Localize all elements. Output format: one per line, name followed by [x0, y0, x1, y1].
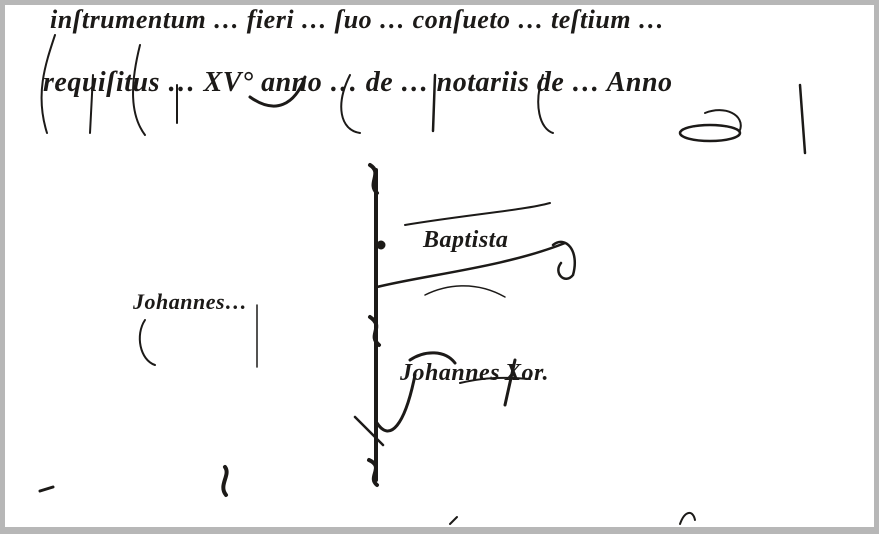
text-line-2: requiſitus … XV° anno … de … notariis de…	[43, 67, 673, 99]
signum-line-b: Johannes	[400, 360, 500, 387]
signum-line-a: Baptista	[423, 227, 508, 254]
signum-line-b-suffix: Xor.	[505, 360, 549, 387]
text-line-1: inſtrumentum … fieri … ſuo … conſueto … …	[50, 5, 665, 35]
margin-note: Johannes…	[133, 289, 248, 315]
manuscript-page: inſtrumentum … fieri … ſuo … conſueto … …	[5, 5, 874, 527]
